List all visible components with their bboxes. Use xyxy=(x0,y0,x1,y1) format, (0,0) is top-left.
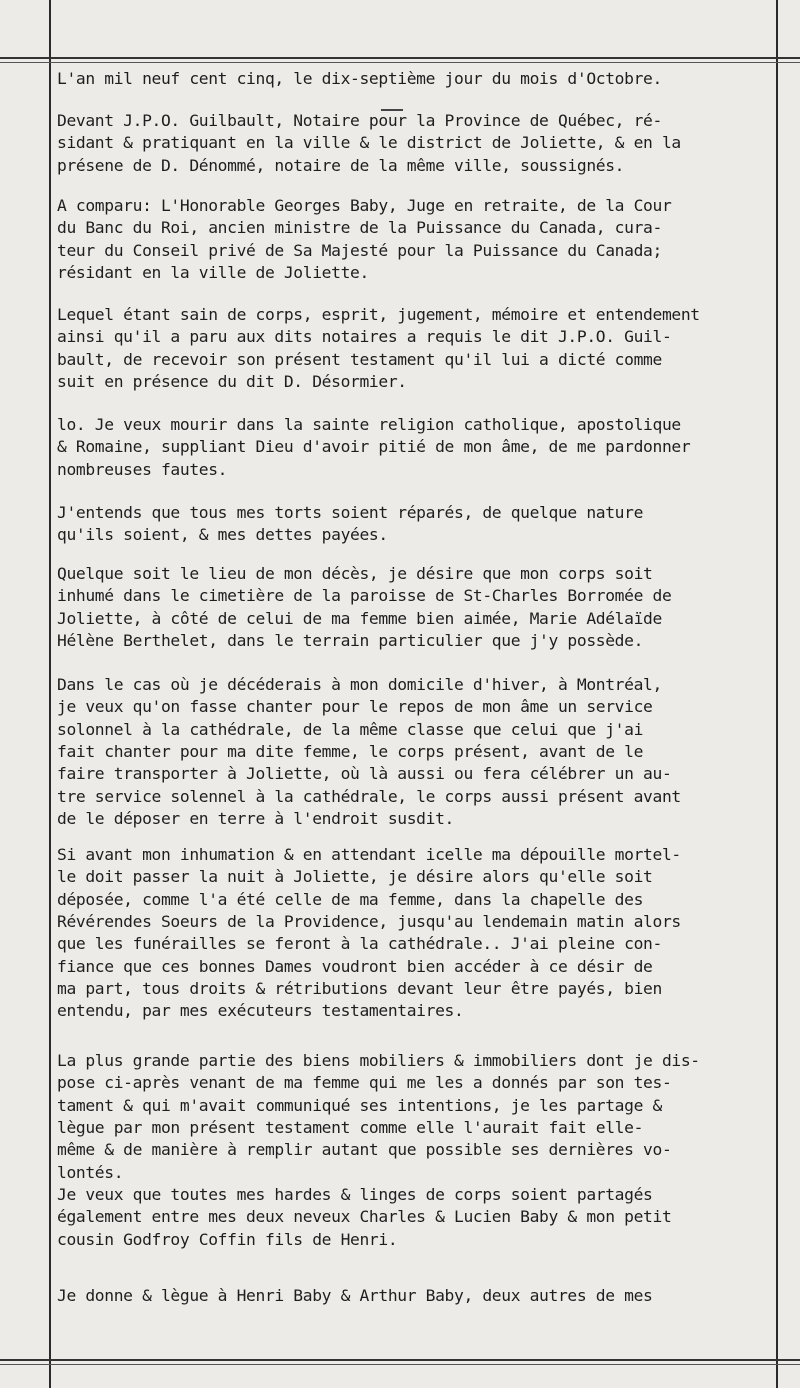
text-line: sidant & pratiquant en la ville & le dis… xyxy=(57,132,681,154)
text-line: Je veux que toutes mes hardes & linges d… xyxy=(57,1184,653,1206)
text-line: Joliette, à côté de celui de ma femme bi… xyxy=(57,608,662,630)
text-line: L'an mil neuf cent cinq, le dix-septième… xyxy=(57,68,662,90)
text-line: suit en présence du dit D. Désormier. xyxy=(57,371,407,393)
text-line: Dans le cas où je décéderais à mon domic… xyxy=(57,674,662,696)
text-line: de le déposer en terre à l'endroit susdi… xyxy=(57,808,454,830)
text-line: fiance que ces bonnes Dames voudront bie… xyxy=(57,956,653,978)
text-line: Révérendes Soeurs de la Providence, jusq… xyxy=(57,911,681,933)
text-line: je veux qu'on fasse chanter pour le repo… xyxy=(57,696,653,718)
text-line: A comparu: L'Honorable Georges Baby, Jug… xyxy=(57,195,671,217)
text-line: entendu, par mes exécuteurs testamentair… xyxy=(57,1000,463,1022)
text-line: La plus grande partie des biens mobilier… xyxy=(57,1050,700,1072)
text-line: bault, de recevoir son présent testament… xyxy=(57,349,662,371)
left-margin-rule xyxy=(49,0,51,1388)
text-line: du Banc du Roi, ancien ministre de la Pu… xyxy=(57,217,662,239)
right-margin-rule xyxy=(776,0,778,1388)
text-line: déposée, comme l'a été celle de ma femme… xyxy=(57,889,643,911)
text-line: Si avant mon inhumation & en attendant i… xyxy=(57,844,681,866)
text-line: cousin Godfroy Coffin fils de Henri. xyxy=(57,1229,397,1251)
text-line: teur du Conseil privé de Sa Majesté pour… xyxy=(57,240,662,262)
bottom-rule xyxy=(0,1359,800,1361)
text-line: Devant J.P.O. Guilbault, Notaire pour la… xyxy=(57,110,662,132)
text-line: également entre mes deux neveux Charles … xyxy=(57,1206,671,1228)
text-line: Quelque soit le lieu de mon décès, je dé… xyxy=(57,563,653,585)
text-line: résidant en la ville de Joliette. xyxy=(57,262,369,284)
text-line: J'entends que tous mes torts soient répa… xyxy=(57,502,643,524)
text-line: que les funérailles se feront à la cathé… xyxy=(57,933,662,955)
text-line: même & de manière à remplir autant que p… xyxy=(57,1139,671,1161)
text-line: lègue par mon présent testament comme el… xyxy=(57,1117,643,1139)
text-line: nombreuses fautes. xyxy=(57,459,227,481)
bottom-rule-secondary xyxy=(0,1364,800,1365)
text-line: lontés. xyxy=(57,1162,123,1184)
text-line: fait chanter pour ma dite femme, le corp… xyxy=(57,741,643,763)
text-line: ainsi qu'il a paru aux dits notaires a r… xyxy=(57,326,671,348)
text-line: le doit passer la nuit à Joliette, je dé… xyxy=(57,866,653,888)
text-line: lo. Je veux mourir dans la sainte religi… xyxy=(57,414,681,436)
text-line: & Romaine, suppliant Dieu d'avoir pitié … xyxy=(57,436,690,458)
text-line: Je donne & lègue à Henri Baby & Arthur B… xyxy=(57,1285,653,1307)
text-line: solonnel à la cathédrale, de la même cla… xyxy=(57,719,643,741)
text-line: Lequel étant sain de corps, esprit, juge… xyxy=(57,304,700,326)
text-line: pose ci-après venant de ma femme qui me … xyxy=(57,1072,671,1094)
text-line: tre service solennel à la cathédrale, le… xyxy=(57,786,681,808)
text-line: ma part, tous droits & rétributions deva… xyxy=(57,978,662,1000)
text-line: qu'ils soient, & mes dettes payées. xyxy=(57,524,388,546)
text-line: Hélène Berthelet, dans le terrain partic… xyxy=(57,630,643,652)
top-rule-secondary xyxy=(0,62,800,63)
text-line: inhumé dans le cimetière de la paroisse … xyxy=(57,585,671,607)
text-line: présene de D. Dénommé, notaire de la mêm… xyxy=(57,155,624,177)
text-line: tament & qui m'avait communiqué ses inte… xyxy=(57,1095,662,1117)
text-line: faire transporter à Joliette, où là auss… xyxy=(57,763,671,785)
top-rule xyxy=(0,57,800,59)
